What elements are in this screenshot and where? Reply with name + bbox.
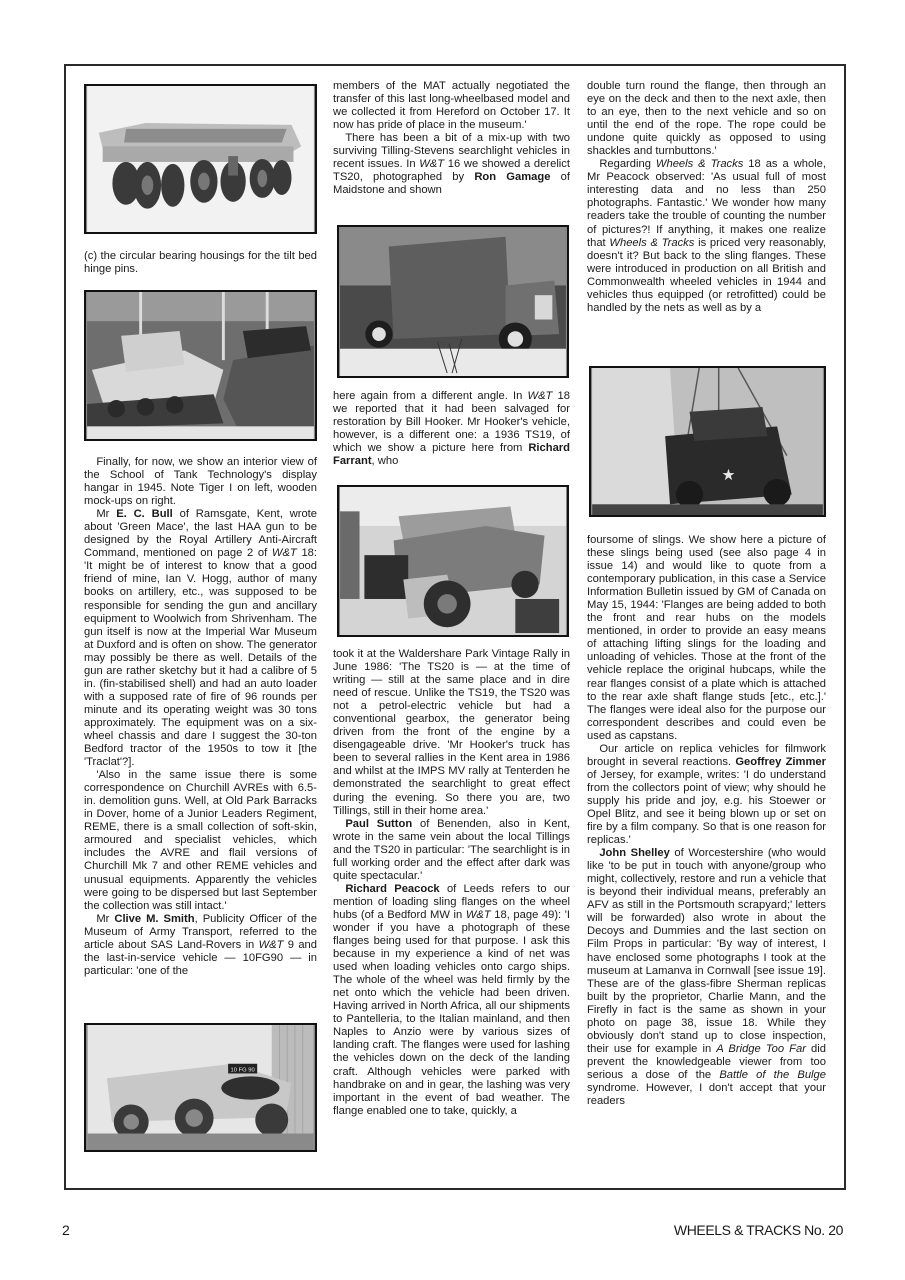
photo-tank-hangar <box>84 290 317 441</box>
paragraph: Paul Sutton of Benenden, also in Kent, w… <box>333 818 570 883</box>
paragraph: John Shelley of Worcestershire (who woul… <box>587 847 826 1108</box>
column-1: Finally, for now, we show an interior vi… <box>84 456 317 978</box>
photo-ts19-truck <box>337 485 569 637</box>
sas-landrover-image: 10 FG 90 <box>86 1025 315 1150</box>
column-3-bottom: foursome of slings. We show here a pictu… <box>587 534 826 1108</box>
svg-text:10 FG 90: 10 FG 90 <box>231 1068 255 1074</box>
paragraph: took it at the Waldershare Park Vintage … <box>333 648 570 818</box>
column-2-bottom: took it at the Waldershare Park Vintage … <box>333 648 570 1118</box>
author-name: John Shelley <box>599 847 670 859</box>
author-name: Geoffrey Zimmer <box>735 756 826 768</box>
paragraph: Richard Peacock of Leeds refers to our m… <box>333 883 570 1118</box>
paragraph: Mr Clive M. Smith, Publicity Officer of … <box>84 913 317 978</box>
paragraph: here again from a different angle. In W&… <box>333 390 570 468</box>
photo-caption-tilt-bed: (c) the circular bearing housings for th… <box>84 250 317 276</box>
paragraph: Regarding Wheels & Tracks 18 as a whole,… <box>587 158 826 315</box>
tilt-bed-image <box>86 86 315 232</box>
paragraph: Finally, for now, we show an interior vi… <box>84 456 317 508</box>
ts19-truck-image <box>339 487 567 635</box>
author-name: Ron Gamage <box>474 171 550 183</box>
derelict-ts20-image <box>339 227 567 376</box>
paragraph: Mr E. C. Bull of Ramsgate, Kent, wrote a… <box>84 508 317 769</box>
photo-sling-loading: ★ <box>589 366 826 517</box>
author-name: E. C. Bull <box>116 508 173 520</box>
author-name: Paul Sutton <box>345 818 412 830</box>
author-name: Richard Peacock <box>345 883 439 895</box>
paragraph: Our article on replica vehicles for film… <box>587 743 826 847</box>
paragraph: 'Also in the same issue there is some co… <box>84 769 317 913</box>
sling-loading-image: ★ <box>591 368 824 515</box>
paragraph: members of the MAT actually negotiated t… <box>333 80 570 132</box>
svg-text:★: ★ <box>721 466 735 484</box>
paragraph: There has been a bit of a mix-up with tw… <box>333 132 570 197</box>
paragraph: double turn round the flange, then throu… <box>587 80 826 158</box>
running-title: WHEELS & TRACKS No. 20 <box>674 1222 843 1238</box>
photo-derelict-ts20 <box>337 225 569 378</box>
tank-hangar-image <box>86 292 315 439</box>
photo-tilt-bed <box>84 84 317 234</box>
column-2-top: members of the MAT actually negotiated t… <box>333 80 570 197</box>
author-name: Clive M. Smith <box>114 913 194 925</box>
column-2-middle: here again from a different angle. In W&… <box>333 390 570 468</box>
paragraph: foursome of slings. We show here a pictu… <box>587 534 826 743</box>
page-number: 2 <box>62 1222 70 1238</box>
photo-sas-landrover: 10 FG 90 <box>84 1023 317 1152</box>
column-3-top: double turn round the flange, then throu… <box>587 80 826 315</box>
